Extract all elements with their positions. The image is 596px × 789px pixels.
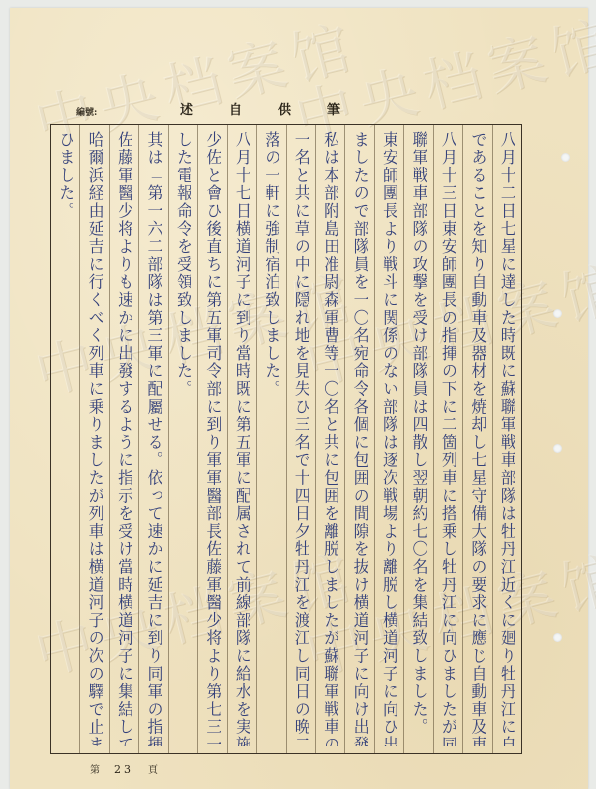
title-char: 供	[278, 99, 291, 118]
handwritten-line: ひました。	[57, 131, 73, 746]
handwritten-line: 少佐と會ひ後直ちに第五軍司令部に到り軍軍醫部長佐藤軍醫少将より第七三一部隊より第…	[204, 131, 220, 746]
handwritten-line: であることを知り自動車及器材を焼却し七星守備大隊の要求に應じ自動車及車輌を与へま…	[469, 131, 485, 746]
handwritten-line: 八月十二日七星に達した時既に蘇聯軍戦車部隊は牡丹江近くに廻り牡丹江に自動車で到達…	[499, 131, 515, 746]
page-number-footer: 第 23 頁	[90, 761, 158, 776]
document-title: 筆 供 自 述	[180, 99, 340, 118]
text-column: した電報命令を受領致しました。	[168, 125, 197, 753]
punch-hole	[553, 633, 562, 642]
text-column: 私は本部附島田准尉森軍曹等一〇名と共に包囲を離脱しましたが蘇聯軍戦車の攻撃を受け…	[315, 125, 344, 753]
document-sheet: 中央档案馆 中央档案馆 中央档案馆 中央档案馆 中央档案馆 中央档案馆 編號: …	[10, 8, 588, 789]
text-column: ましたので部隊員を一〇名宛命令各個に包囲の間隙を抜け横道河子に向け出發する如く命…	[344, 125, 373, 753]
handwritten-line: 八月十七日横道河子に到り當時既に第五軍に配属されて前線部隊に給水を実施して居りま…	[234, 131, 250, 746]
page-number: 23	[114, 763, 134, 776]
title-char: 述	[180, 99, 193, 118]
handwritten-line: 八月十三日東安師團長の指揮の下に二箇列車に搭乗し牡丹江に向ひましたが同日夕刻樺林…	[440, 131, 456, 746]
handwritten-line: 佐藤軍醫少将よりも速かに出發するように指示を受け當時横道河子に集結してゐた七〇名…	[116, 131, 132, 746]
text-column: 少佐と會ひ後直ちに第五軍司令部に到り軍軍醫部長佐藤軍醫少将より第七三一部隊より第…	[197, 125, 226, 753]
handwritten-line: 哈爾浜経由延吉に行くべく列車に乗りましたが列車は横道河子の次の驛で止まり行軍にて…	[87, 131, 103, 746]
handwritten-line: 東安師團長より戦斗に関係のない部隊は逐次戦場より離脱し横道河子に向ひ出發する如く…	[381, 131, 397, 746]
text-column: 八月十二日七星に達した時既に蘇聯軍戦車部隊は牡丹江近くに廻り牡丹江に自動車で到達…	[492, 125, 521, 753]
handwritten-line: ましたので部隊員を一〇名宛命令各個に包囲の間隙を抜け横道河子に向け出發する如く命…	[351, 131, 367, 746]
handwritten-line: 私は本部附島田准尉森軍曹等一〇名と共に包囲を離脱しましたが蘇聯軍戦車の攻撃を受け…	[322, 131, 338, 746]
text-column: 一名と共に草の中に隠れ地を見失ひ三名で十四日夕牡丹江を渡江し同日の晩二時頃頭道河…	[286, 125, 315, 753]
text-column: 八月十三日東安師團長の指揮の下に二箇列車に搭乗し牡丹江に向ひましたが同日夕刻樺林…	[433, 125, 462, 753]
text-column: 落の一軒に強制宿泊致しました。	[256, 125, 285, 753]
ruled-writing-grid: 八月十二日七星に達した時既に蘇聯軍戦車部隊は牡丹江近くに廻り牡丹江に自動車で到達…	[50, 124, 522, 754]
title-char: 自	[229, 99, 242, 118]
page-suffix: 頁	[148, 761, 158, 776]
punch-hole	[553, 309, 562, 318]
title-char: 筆	[327, 99, 340, 118]
text-column: であることを知り自動車及器材を焼却し七星守備大隊の要求に應じ自動車及車輌を与へま…	[462, 125, 491, 753]
text-column: 佐藤軍醫少将よりも速かに出發するように指示を受け當時横道河子に集結してゐた七〇名…	[109, 125, 138, 753]
text-column: 聯軍戦車部隊の攻撃を受け部隊員は四散し翌朝約七〇名を集結致しました。	[403, 125, 432, 753]
punch-hole	[553, 444, 562, 453]
handwritten-line: 落の一軒に強制宿泊致しました。	[263, 131, 279, 746]
page-prefix: 第	[90, 761, 100, 776]
text-column: 哈爾浜経由延吉に行くべく列車に乗りましたが列車は横道河子の次の驛で止まり行軍にて…	[79, 125, 108, 753]
handwritten-line: 一名と共に草の中に隠れ地を見失ひ三名で十四日夕牡丹江を渡江し同日の晩二時頃頭道河…	[293, 131, 309, 746]
punch-hole	[561, 153, 570, 162]
handwritten-line: 其は「第一六二部隊は第三軍に配屬せる。依って速かに延吉に到り同軍の指揮に入るべし…	[145, 131, 161, 746]
text-column: 東安師團長より戦斗に関係のない部隊は逐次戦場より離脱し横道河子に向ひ出發する如く…	[374, 125, 403, 753]
handwritten-line: 聯軍戦車部隊の攻撃を受け部隊員は四散し翌朝約七〇名を集結致しました。	[410, 131, 426, 746]
serial-number-label: 編號:	[76, 105, 97, 118]
handwritten-line: した電報命令を受領致しました。	[175, 131, 191, 746]
text-column: 八月十七日横道河子に到り當時既に第五軍に配属されて前線部隊に給水を実施して居りま…	[227, 125, 256, 753]
text-column: 其は「第一六二部隊は第三軍に配屬せる。依って速かに延吉に到り同軍の指揮に入るべし…	[138, 125, 167, 753]
text-column: ひました。	[51, 125, 79, 753]
